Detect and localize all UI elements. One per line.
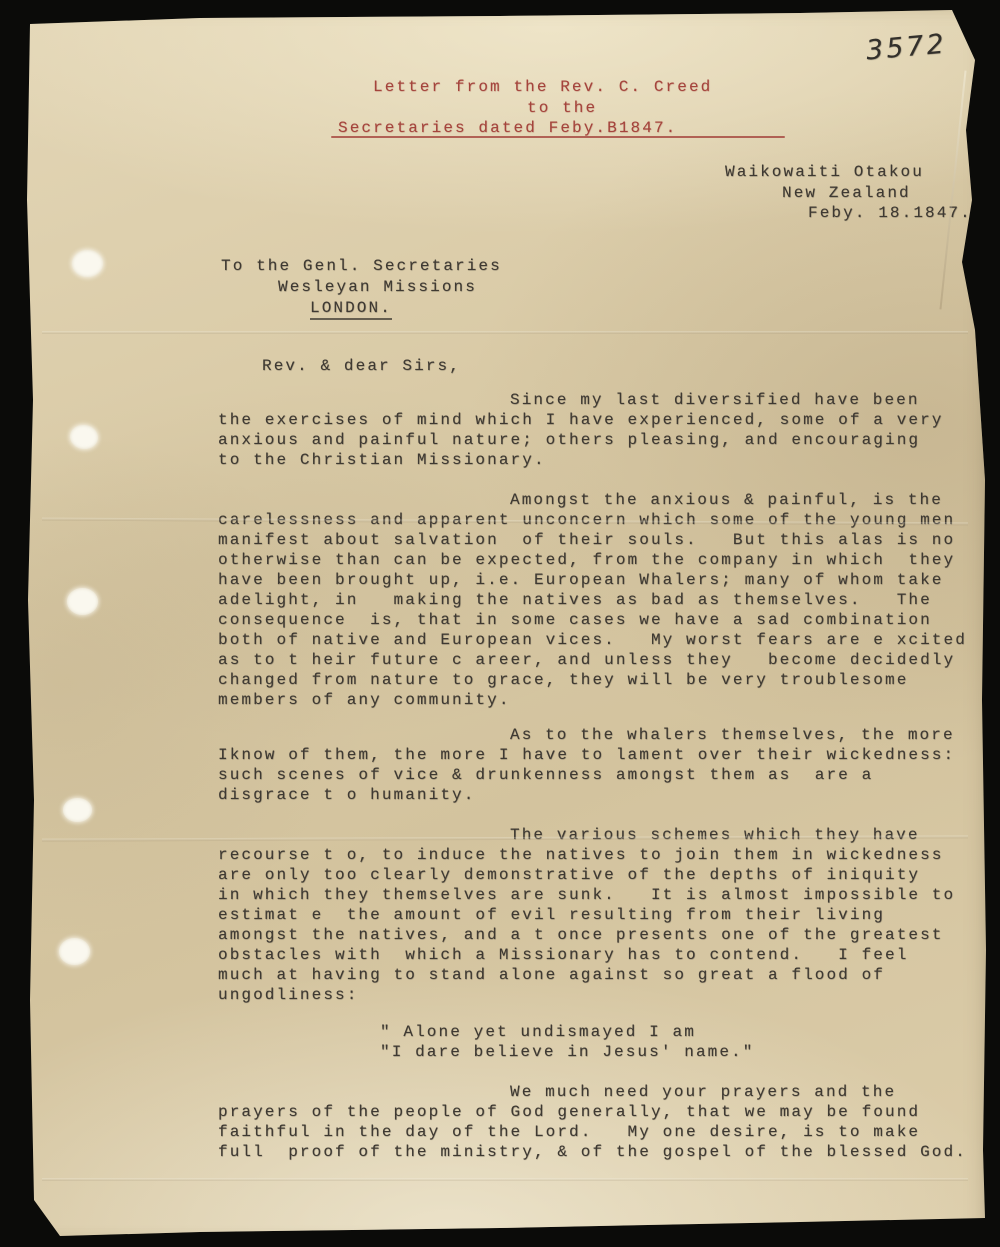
- letter-line: members of any community.: [218, 690, 967, 710]
- letter-line: Amongst the anxious & painful, is the: [218, 490, 967, 510]
- paragraph-4: The various schemes which they haverecou…: [218, 825, 955, 1005]
- letter-line: obstacles with which a Missionary has to…: [218, 945, 955, 965]
- letter-line: such scenes of vice & drunkenness amongs…: [218, 765, 955, 785]
- letter-line: consequence is, that in some cases we ha…: [218, 610, 967, 630]
- paragraph-3: As to the whalers themselves, the moreIk…: [218, 725, 955, 805]
- letter-line: both of native and European vices. My wo…: [218, 630, 967, 650]
- punch-hole: [72, 250, 103, 277]
- letter-line: to the Christian Missionary.: [218, 450, 944, 470]
- letter-line: We much need your prayers and the: [218, 1082, 967, 1102]
- letter-line: as to t heir future c areer, and unless …: [218, 650, 967, 670]
- letter-line: full proof of the ministry, & of the gos…: [218, 1142, 967, 1162]
- recipient-city-underlined: LONDON.: [310, 299, 392, 320]
- letter-line: As to the whalers themselves, the more: [218, 725, 955, 745]
- hymn-quote: " Alone yet undismayed I am"I dare belie…: [380, 1022, 754, 1062]
- letter-line: disgrace t o humanity.: [218, 785, 955, 805]
- salutation: Rev. & dear Sirs,: [262, 357, 461, 375]
- sender-country-line: New Zealand: [782, 184, 911, 202]
- letter-line: " Alone yet undismayed I am: [380, 1022, 754, 1042]
- paper-crease: [42, 1178, 968, 1181]
- recipient-line-1: To the Genl. Secretaries: [221, 257, 502, 275]
- punch-hole: [59, 938, 90, 965]
- letter-line: ungodliness:: [218, 985, 955, 1005]
- title-underline-rule: [331, 136, 785, 138]
- archive-number: 3572: [865, 29, 948, 67]
- letter-line: the exercises of mind which I have exper…: [218, 410, 944, 430]
- letter-line: estimat e the amount of evil resulting f…: [218, 905, 955, 925]
- scanned-letter-page: 3572 Letter from the Rev. C. Creed to th…: [0, 0, 1000, 1247]
- letter-line: otherwise than can be expected, from the…: [218, 550, 967, 570]
- letter-line: amongst the natives, and a t once presen…: [218, 925, 955, 945]
- letter-line: prayers of the people of God generally, …: [218, 1102, 967, 1122]
- punch-hole: [63, 798, 92, 822]
- letter-line: Since my last diversified have been: [218, 390, 944, 410]
- letter-line: faithful in the day of the Lord. My one …: [218, 1122, 967, 1142]
- letter-title-line-3: Secretaries dated Feby.B1847.: [338, 119, 677, 137]
- punch-hole: [68, 423, 99, 451]
- sender-place-line: Waikowaiti Otakou: [725, 163, 924, 181]
- recipient-line-2: Wesleyan Missions: [278, 278, 477, 296]
- letter-line: "I dare believe in Jesus' name.": [380, 1042, 754, 1062]
- paper-crease: [42, 331, 968, 334]
- letter-line: in which they themselves are sunk. It is…: [218, 885, 955, 905]
- letter-line: much at having to stand alone against so…: [218, 965, 955, 985]
- edge-crease: [939, 71, 966, 310]
- letter-title-line-2: to the: [527, 99, 597, 117]
- letter-line: changed from nature to grace, they will …: [218, 670, 967, 690]
- letter-line: are only too clearly demonstrative of th…: [218, 865, 955, 885]
- letter-line: Iknow of them, the more I have to lament…: [218, 745, 955, 765]
- letter-paper: 3572 Letter from the Rev. C. Creed to th…: [0, 0, 1000, 1247]
- paragraph-1: Since my last diversified have beenthe e…: [218, 390, 944, 470]
- letter-line: manifest about salvation of their souls.…: [218, 530, 967, 550]
- letter-line: adelight, in making the natives as bad a…: [218, 590, 967, 610]
- letter-title-line-1: Letter from the Rev. C. Creed: [373, 78, 712, 96]
- letter-line: anxious and painful nature; others pleas…: [218, 430, 944, 450]
- sender-date-line: Feby. 18.1847.: [808, 204, 972, 222]
- closing-paragraph: We much need your prayers and theprayers…: [218, 1082, 967, 1162]
- letter-line: have been brought up, i.e. European Whal…: [218, 570, 967, 590]
- letter-line: recourse t o, to induce the natives to j…: [218, 845, 955, 865]
- punch-hole: [67, 588, 98, 615]
